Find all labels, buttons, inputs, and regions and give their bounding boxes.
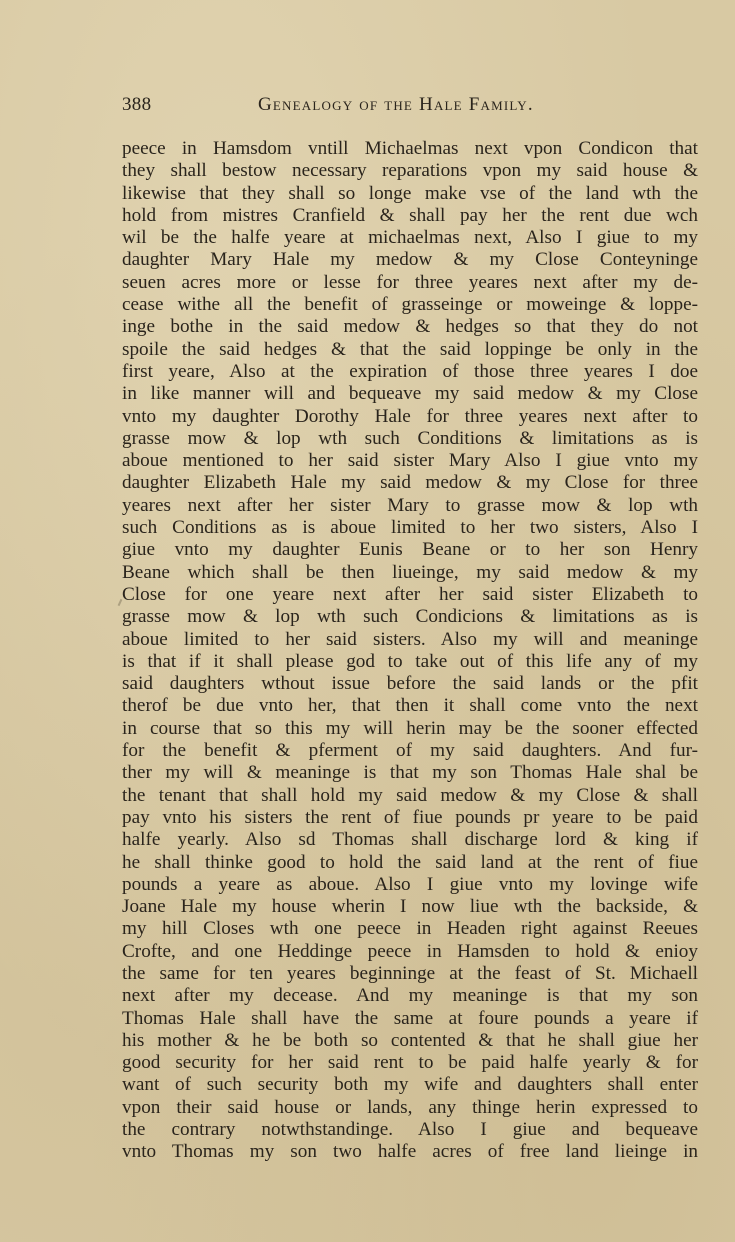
text-line: next after my decease. And my meaninge i… bbox=[122, 985, 698, 1007]
text-line: ther my will & meaninge is that my son T… bbox=[122, 762, 698, 784]
page-header: 388 Genealogy of the Hale Family. bbox=[122, 94, 698, 118]
text-line: likewise that they shall so longe make v… bbox=[122, 183, 698, 205]
body-text: peece in Hamsdom vntill Michaelmas next … bbox=[122, 138, 698, 1164]
text-line: in like manner will and bequeave my said… bbox=[122, 383, 698, 405]
text-line: first yeare, Also at the expiration of t… bbox=[122, 361, 698, 383]
text-line: halfe yearly. Also sd Thomas shall disch… bbox=[122, 829, 698, 851]
text-line: grasse mow & lop wth such Conditions & l… bbox=[122, 428, 698, 450]
text-line: they shall bestow necessary reparations … bbox=[122, 160, 698, 182]
text-line: Crofte, and one Heddinge peece in Hamsde… bbox=[122, 941, 698, 963]
text-line: therof be due vnto her, that then it sha… bbox=[122, 695, 698, 717]
text-line: daughter Elizabeth Hale my said medow & … bbox=[122, 472, 698, 494]
text-line: the same for ten yeares beginninge at th… bbox=[122, 963, 698, 985]
text-line: he shall thinke good to hold the said la… bbox=[122, 852, 698, 874]
text-line: hold from mistres Cranfield & shall pay … bbox=[122, 205, 698, 227]
text-line: such Conditions as is aboue limited to h… bbox=[122, 517, 698, 539]
text-line: want of such security both my wife and d… bbox=[122, 1074, 698, 1096]
text-line: cease withe all the benefit of grasseing… bbox=[122, 294, 698, 316]
text-line: Close for one yeare next after her said … bbox=[122, 584, 698, 606]
text-line: Thomas Hale shall have the same at foure… bbox=[122, 1008, 698, 1030]
text-line: Beane which shall be then liueinge, my s… bbox=[122, 562, 698, 584]
text-line: good security for her said rent to be pa… bbox=[122, 1052, 698, 1074]
text-line: vpon their said house or lands, any thin… bbox=[122, 1097, 698, 1119]
text-line: the contrary notwthstandinge. Also I giu… bbox=[122, 1119, 698, 1141]
text-line: the tenant that shall hold my said medow… bbox=[122, 785, 698, 807]
text-line: for the benefit & pferment of my said da… bbox=[122, 740, 698, 762]
text-line: wil be the halfe yeare at michaelmas nex… bbox=[122, 227, 698, 249]
text-line: aboue mentioned to her said sister Mary … bbox=[122, 450, 698, 472]
text-line: giue vnto my daughter Eunis Beane or to … bbox=[122, 539, 698, 561]
text-line: vnto my daughter Dorothy Hale for three … bbox=[122, 406, 698, 428]
text-line: is that if it shall please god to take o… bbox=[122, 651, 698, 673]
text-line: vnto Thomas my son two halfe acres of fr… bbox=[122, 1141, 698, 1163]
running-title: Genealogy of the Hale Family. bbox=[258, 94, 534, 116]
text-line: pay vnto his sisters the rent of fiue po… bbox=[122, 807, 698, 829]
text-line: grasse mow & lop wth such Condicions & l… bbox=[122, 606, 698, 628]
text-line: yeares next after her sister Mary to gra… bbox=[122, 495, 698, 517]
text-line: spoile the said hedges & that the said l… bbox=[122, 339, 698, 361]
text-line: peece in Hamsdom vntill Michaelmas next … bbox=[122, 138, 698, 160]
text-line: said daughters wthout issue before the s… bbox=[122, 673, 698, 695]
page-number: 388 bbox=[122, 94, 151, 116]
text-line: in course that so this my will herin may… bbox=[122, 718, 698, 740]
text-line: aboue limited to her said sisters. Also … bbox=[122, 629, 698, 651]
text-line: inge bothe in the said medow & hedges so… bbox=[122, 316, 698, 338]
text-line: Joane Hale my house wherin I now liue wt… bbox=[122, 896, 698, 918]
text-line: daughter Mary Hale my medow & my Close C… bbox=[122, 249, 698, 271]
text-line: seuen acres more or lesse for three year… bbox=[122, 272, 698, 294]
book-page: 388 Genealogy of the Hale Family. peece … bbox=[0, 0, 735, 1242]
text-line: pounds a yeare as aboue. Also I giue vnt… bbox=[122, 874, 698, 896]
text-line: his mother & he be both so contented & t… bbox=[122, 1030, 698, 1052]
text-line: my hill Closes wth one peece in Headen r… bbox=[122, 918, 698, 940]
